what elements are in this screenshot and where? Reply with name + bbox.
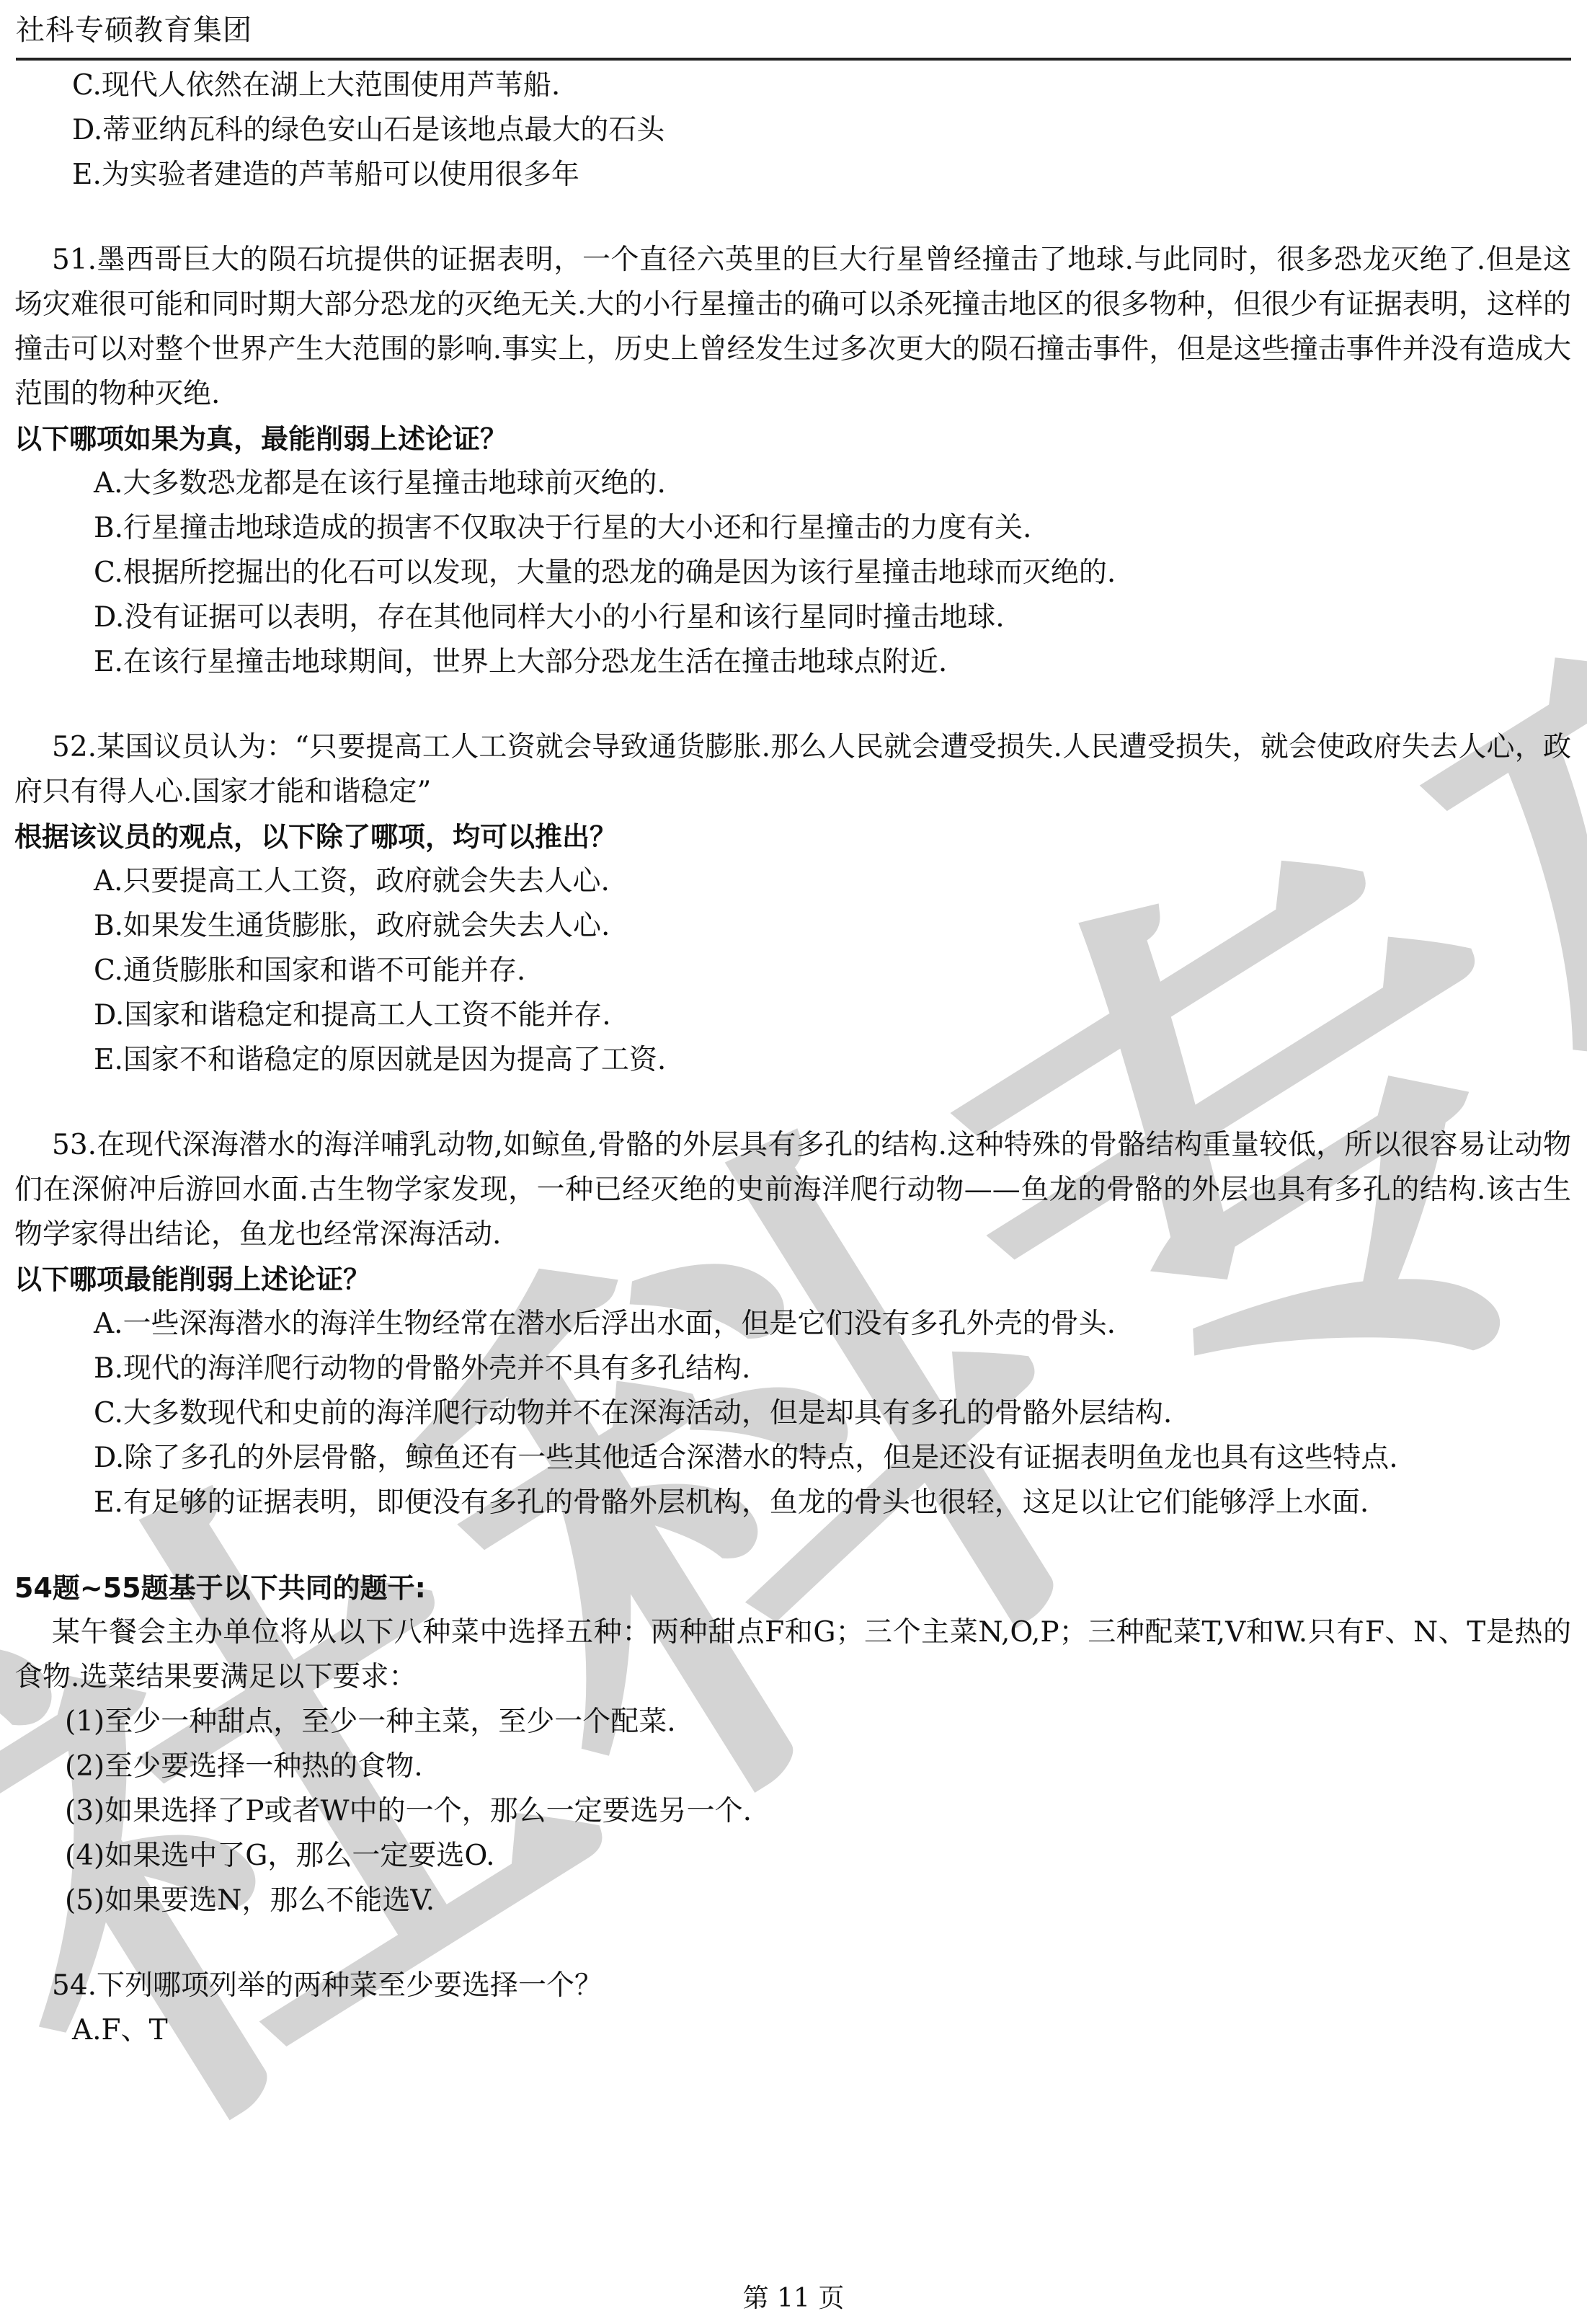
question-stem: 52.某国议员认为：“只要提高工人工资就会导致通货膨胀.那么人民就会遭受损失.人… [14,725,1571,815]
option-d: D.除了多孔的外层骨骼，鲸鱼还有一些其他适合深潜水的特点，但是还没有证据表明鱼龙… [14,1436,1571,1481]
rule-5: (5)如果要选N，那么不能选V. [14,1879,1571,1923]
question-stem: 53.在现代深海潜水的海洋哺乳动物,如鲸鱼,骨骼的外层具有多孔的结构.这种特殊的… [14,1123,1571,1257]
document-page: 社科专硕教育集团 社科专硕 C.现代人依然在湖上大范围使用芦苇船. D.蒂亚纳瓦… [0,0,1587,2324]
option-e: E.为实验者建造的芦苇船可以使用很多年 [14,153,1571,198]
rule-2: (2)至少要选择一种热的食物. [14,1744,1571,1789]
document-content: C.现代人依然在湖上大范围使用芦苇船. D.蒂亚纳瓦科的绿色安山石是该地点最大的… [14,63,1571,2053]
rule-4: (4)如果选中了G，那么一定要选O. [14,1834,1571,1879]
option-a: A.一些深海潜水的海洋生物经常在潜水后浮出水面，但是它们没有多孔外壳的骨头. [14,1302,1571,1347]
option-b: B.现代的海洋爬行动物的骨骼外壳并不具有多孔结构. [14,1347,1571,1391]
question-prompt: 以下哪项如果为真，最能削弱上述论证？ [14,417,1571,461]
option-a: A.只要提高工人工资，政府就会失去人心. [14,859,1571,904]
shared-heading: 54题~55题基于以下共同的题干: [14,1566,1571,1610]
question-prompt: 根据该议员的观点，以下除了哪项，均可以推出？ [14,815,1571,859]
question-prompt: 以下哪项最能削弱上述论证？ [14,1257,1571,1302]
question-52: 52.某国议员认为：“只要提高工人工资就会导致通货膨胀.那么人民就会遭受损失.人… [14,725,1571,1083]
option-b: B.如果发生通货膨胀，政府就会失去人心. [14,904,1571,949]
option-b: B.行星撞击地球造成的损害不仅取决于行星的大小还和行星撞击的力度有关. [14,506,1571,551]
option-e: E.国家不和谐稳定的原因就是因为提高了工资. [14,1038,1571,1083]
question-54-55-shared-stem: 54题~55题基于以下共同的题干: 某午餐会主办单位将从以下八种菜中选择五种：两… [14,1566,1571,1923]
question-51: 51.墨西哥巨大的陨石坑提供的证据表明，一个直径六英里的巨大行星曾经撞击了地球.… [14,238,1571,685]
page-header: 社科专硕教育集团 [16,10,1571,61]
rule-1: (1)至少一种甜点，至少一种主菜，至少一个配菜. [14,1700,1571,1744]
option-c: C.现代人依然在湖上大范围使用芦苇船. [14,63,1571,108]
header-title: 社科专硕教育集团 [16,10,1571,50]
option-e: E.在该行星撞击地球期间，世界上大部分恐龙生活在撞击地球点附近. [14,640,1571,685]
question-stem: 54.下列哪项列举的两种菜至少要选择一个？ [14,1964,1571,2008]
question-stem: 51.墨西哥巨大的陨石坑提供的证据表明，一个直径六英里的巨大行星曾经撞击了地球.… [14,238,1571,417]
option-a: A.大多数恐龙都是在该行星撞击地球前灭绝的. [14,461,1571,506]
option-d: D.没有证据可以表明，存在其他同样大小的小行星和该行星同时撞击地球. [14,595,1571,640]
option-e: E.有足够的证据表明，即便没有多孔的骨骼外层机构，鱼龙的骨头也很轻，这足以让它们… [14,1481,1571,1525]
option-d: D.国家和谐稳定和提高工人工资不能并存. [14,993,1571,1038]
option-c: C.通货膨胀和国家和谐不可能并存. [14,949,1571,993]
page-number: 第 11 页 [0,2278,1587,2315]
option-c: C.根据所挖掘出的化石可以发现，大量的恐龙的确是因为该行星撞击地球而灭绝的. [14,551,1571,595]
rule-3: (3)如果选择了P或者W中的一个，那么一定要选另一个. [14,1789,1571,1834]
question-53: 53.在现代深海潜水的海洋哺乳动物,如鲸鱼,骨骼的外层具有多孔的结构.这种特殊的… [14,1123,1571,1525]
question-54: 54.下列哪项列举的两种菜至少要选择一个？ A.F、T [14,1964,1571,2053]
prev-question-options: C.现代人依然在湖上大范围使用芦苇船. D.蒂亚纳瓦科的绿色安山石是该地点最大的… [14,63,1571,198]
option-d: D.蒂亚纳瓦科的绿色安山石是该地点最大的石头 [14,108,1571,153]
option-a: A.F、T [14,2008,1571,2053]
option-c: C.大多数现代和史前的海洋爬行动物并不在深海活动，但是却具有多孔的骨骼外层结构. [14,1391,1571,1436]
shared-stem: 某午餐会主办单位将从以下八种菜中选择五种：两种甜点F和G；三个主菜N,O,P；三… [14,1610,1571,1700]
